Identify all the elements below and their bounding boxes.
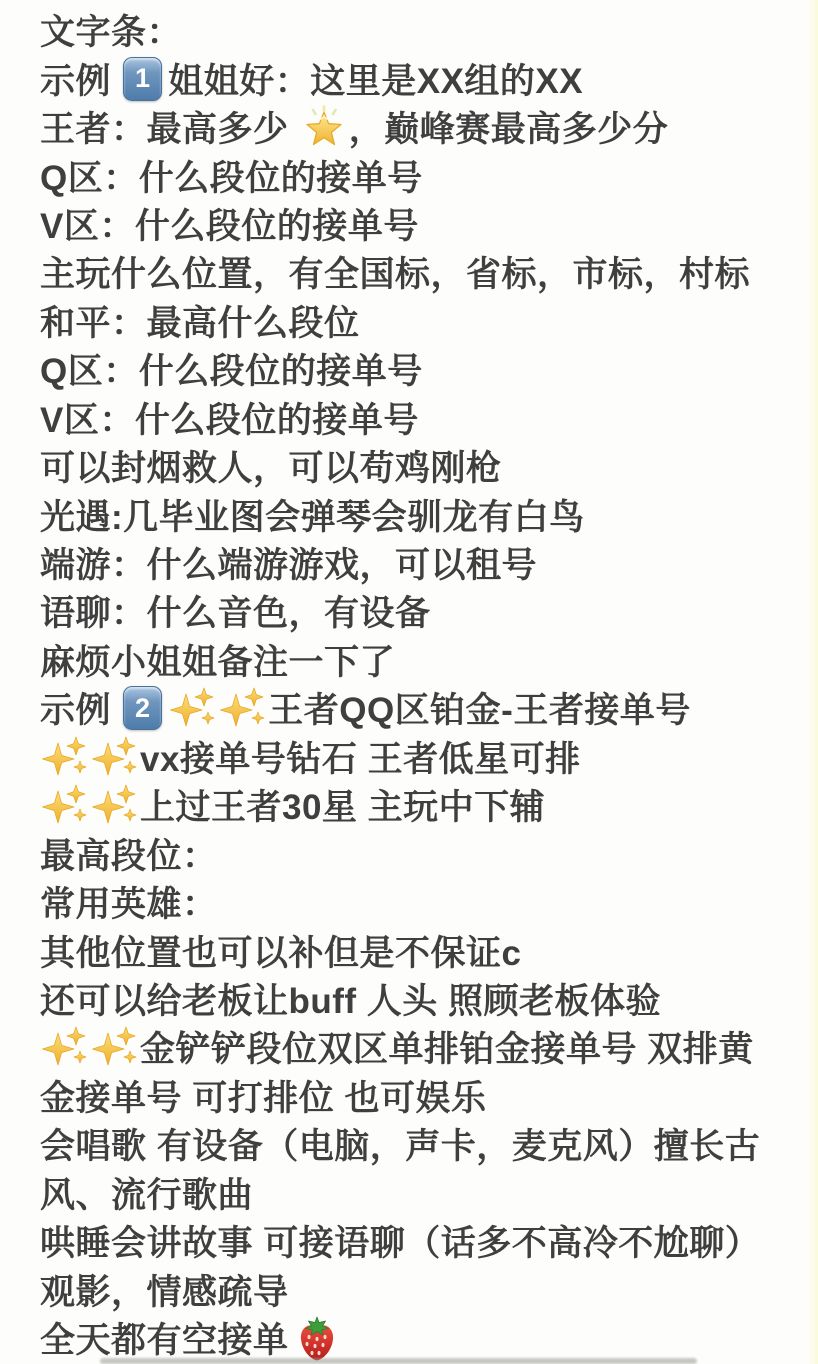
text-segment: 金铲铲段位双区单排铂金接单号 双排黄: [140, 1022, 754, 1072]
sparkles-icon: [170, 685, 216, 731]
sparkles-icon: [42, 1024, 88, 1070]
keycap-2-icon: 2: [123, 686, 162, 730]
text-segment: 麻烦小姐姐备注一下了: [40, 635, 395, 685]
text-line: 光遇:几毕业图会弹琴会驯龙有白鸟: [40, 490, 818, 538]
text-note: 文字条：示例 1姐姐好：这里是XX组的XX王者：最高多少 ，巅峰赛最高多少分Q区…: [0, 0, 818, 1364]
text-line: 上过王者30星 主玩中下辅: [40, 781, 818, 829]
text-line: 风、流行歌曲: [40, 1169, 818, 1217]
text-segment: Q区：什么段位的接单号: [40, 151, 423, 201]
text-line: 文字条：: [40, 6, 818, 54]
text-segment: 最高段位：: [40, 829, 218, 879]
text-segment: V区：什么段位的接单号: [40, 199, 419, 249]
text-line: 哄睡会讲故事 可接语聊（话多不高冷不尬聊）: [40, 1217, 818, 1265]
text-line: 其他位置也可以补但是不保证c: [40, 926, 818, 974]
sparkles-icon: [220, 685, 266, 731]
text-segment: 语聊：什么音色，有设备: [40, 586, 431, 636]
text-line: 还可以给老板让buff 人头 照顾老板体验: [40, 975, 818, 1023]
text-segment: 主玩什么位置，有全国标，省标，市标，村标: [40, 247, 750, 297]
text-line: V区：什么段位的接单号: [40, 200, 818, 248]
text-line: 和平：最高什么段位: [40, 297, 818, 345]
sparkles-icon: [92, 734, 138, 780]
text-line: 最高段位：: [40, 829, 818, 877]
text-segment: 和平：最高什么段位: [40, 296, 360, 346]
text-segment: 文字条：: [40, 5, 182, 55]
text-segment: 常用英雄：: [40, 877, 218, 927]
text-line: 示例 2 王者QQ区铂金-王者接单号: [40, 684, 818, 732]
text-line: Q区：什么段位的接单号: [40, 345, 818, 393]
bottom-artifact-bar: [100, 1358, 697, 1364]
text-line: 示例 1姐姐好：这里是XX组的XX: [40, 54, 818, 102]
text-segment: 会唱歌 有设备（电脑，声卡，麦克风）擅长古: [40, 1119, 760, 1169]
text-line: Q区：什么段位的接单号: [40, 151, 818, 199]
strawberry-icon: [295, 1314, 339, 1362]
sparkles-icon: [42, 782, 88, 828]
text-segment: 还可以给老板让buff 人头 照顾老板体验: [40, 974, 661, 1024]
text-line: 可以封烟救人，可以苟鸡刚枪: [40, 442, 818, 490]
text-line: V区：什么段位的接单号: [40, 394, 818, 442]
text-line: 金接单号 可打排位 也可娱乐: [40, 1072, 818, 1120]
text-line: 端游：什么端游游戏，可以租号: [40, 539, 818, 587]
text-line: 观影，情感疏导: [40, 1265, 818, 1313]
text-segment: 其他位置也可以补但是不保证c: [40, 926, 521, 976]
text-line: 主玩什么位置，有全国标，省标，市标，村标: [40, 248, 818, 296]
text-line: 语聊：什么音色，有设备: [40, 587, 818, 635]
text-segment: V区：什么段位的接单号: [40, 393, 419, 443]
text-segment: 王者QQ区铂金-王者接单号: [268, 683, 691, 733]
text-segment: 全天都有空接单: [40, 1313, 289, 1363]
text-segment: 观影，情感疏导: [40, 1265, 289, 1315]
text-line: 麻烦小姐姐备注一下了: [40, 636, 818, 684]
text-segment: Q区：什么段位的接单号: [40, 344, 423, 394]
text-segment: 王者：最高多少: [40, 102, 299, 152]
text-line: vx接单号钻石 王者低星可排: [40, 733, 818, 781]
text-segment: 光遇:几毕业图会弹琴会驯龙有白鸟: [40, 490, 585, 540]
text-segment: 示例: [40, 54, 121, 104]
text-line: 金铲铲段位双区单排铂金接单号 双排黄: [40, 1023, 818, 1071]
text-segment: 端游：什么端游游戏，可以租号: [40, 538, 537, 588]
text-segment: 风、流行歌曲: [40, 1168, 253, 1218]
keycap-1-icon: 1: [123, 57, 162, 101]
sparkles-icon: [42, 734, 88, 780]
text-segment: vx接单号钻石 王者低星可排: [140, 732, 581, 782]
sparkles-icon: [92, 1024, 138, 1070]
text-line: 常用英雄：: [40, 878, 818, 926]
text-segment: 示例: [40, 683, 121, 733]
text-segment: ，巅峰赛最高多少分: [349, 102, 669, 152]
text-segment: 姐姐好：这里是XX组的XX: [168, 54, 583, 104]
text-line: 会唱歌 有设备（电脑，声卡，麦克风）擅长古: [40, 1120, 818, 1168]
text-segment: 可以封烟救人，可以苟鸡刚枪: [40, 441, 502, 491]
text-line: 全天都有空接单: [40, 1314, 818, 1362]
sparkles-icon: [92, 782, 138, 828]
text-segment: 上过王者30星 主玩中下辅: [140, 780, 545, 830]
glowing-star-icon: [301, 104, 347, 150]
text-line: 王者：最高多少 ，巅峰赛最高多少分: [40, 103, 818, 151]
text-segment: 金接单号 可打排位 也可娱乐: [40, 1071, 486, 1121]
text-segment: 哄睡会讲故事 可接语聊（话多不高冷不尬聊）: [40, 1216, 760, 1266]
